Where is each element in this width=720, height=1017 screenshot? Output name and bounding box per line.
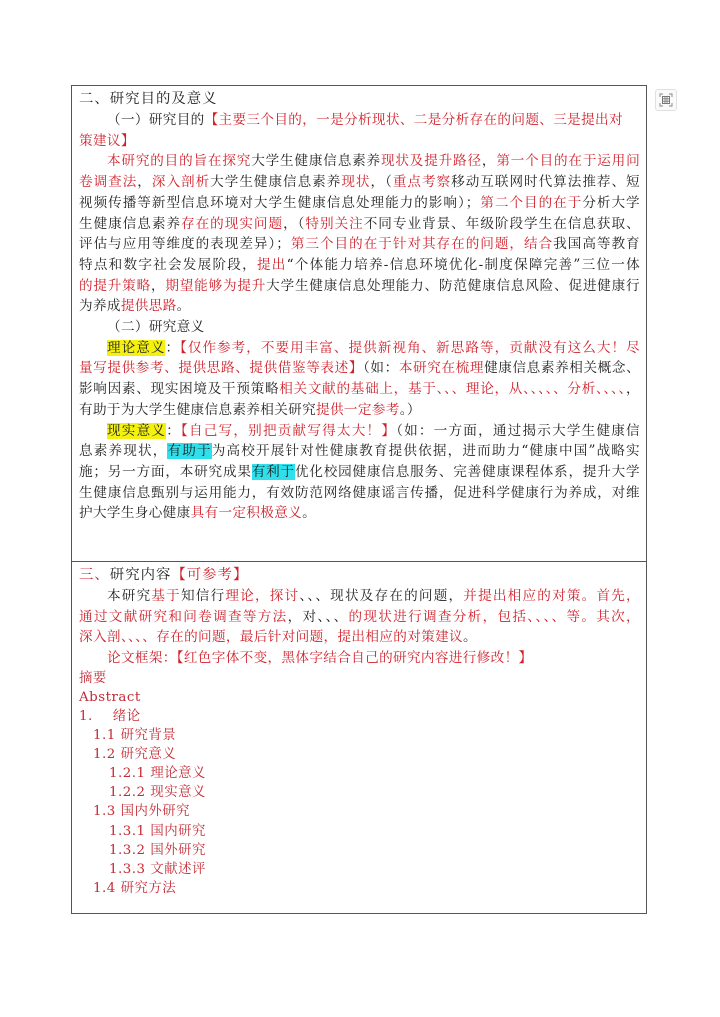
table-expand-icon — [659, 93, 673, 107]
outline-label: 现实意义 — [150, 785, 206, 800]
practice-line-3: 施；另一方面，本研究成果有利于优化校园健康信息服务、完善健康课程体系，提升大学 — [79, 462, 640, 483]
outline-label: 摘要 — [79, 671, 107, 686]
practice-line-5: 护大学生身心健康具有一定积极意义。 — [79, 503, 640, 524]
text-span: 息素养现状， — [79, 443, 167, 459]
text-span: 提供思路 — [121, 298, 177, 314]
framework-note: 【红色字体不变，黑体字结合自己的研究内容进行修改！】 — [177, 650, 533, 666]
text-span: （如： — [363, 360, 399, 376]
text-span: 第二个目的在于 — [480, 195, 583, 211]
paragraph-line: 通过文献研究和问卷调查等方法，对、、、的现状进行调查分析，包括、、、、等。其次， — [79, 607, 640, 628]
purpose-note-cont: 策建议】 — [79, 131, 640, 152]
paragraph-line: 有助于为大学生健康信息素养相关研究提供一定参考。） — [79, 400, 640, 421]
text-span: 本研究 — [107, 588, 151, 604]
paragraph-line: 理论意义：【仅作参考，不要用丰富、提供新视角、新思路等，贡献没有这么大！尽 — [79, 338, 640, 359]
outline-label: 国内研究 — [150, 824, 206, 839]
text-span: 知信行 — [181, 588, 225, 604]
outline-number: 1.2.2 — [109, 785, 146, 800]
section-heading: 三、研究内容【可参考】 — [79, 564, 640, 586]
outline-number: 1.3 — [93, 804, 116, 819]
paragraph-line: 量写提供参考、提供思路、提供借鉴等表述】（如：本研究在梳理健康信息素养相关概念、 — [79, 358, 640, 379]
outline-item: 1.3.1 国内研究 — [79, 822, 640, 841]
text-span: 现状 — [341, 174, 370, 190]
text-span: 具有一定积极意义 — [191, 505, 303, 521]
section-heading: 二、研究目的及意义 — [79, 88, 640, 110]
text-span: 。 — [463, 629, 477, 645]
section-purpose-significance: 二、研究目的及意义 （一）研究目的【主要三个目的，一是分析现状、二是分析存在的问… — [72, 86, 646, 561]
text-span: ，对、、、 — [288, 609, 349, 625]
text-span: 第一个目的在于运用问 — [496, 153, 640, 169]
text-span: ： — [166, 423, 181, 439]
practice-line-1: 现实意义：【自己写，别把贡献写得太大！】（如：一方面，通过揭示大学生健康信 — [79, 421, 640, 442]
text-span: 提出 — [257, 257, 287, 273]
text-span: 为养成 — [79, 298, 121, 314]
outline-number: 1.1 — [93, 728, 116, 743]
text-span: （如：一方面，通过揭示大学生健康信 — [396, 423, 640, 439]
text-span: 【仅作参考，不要用丰富、提供新视角、新思路等，贡献没有这么大！尽 — [180, 340, 640, 356]
text-span: 本研究在梳理 — [399, 360, 484, 376]
outline-number: 1.2 — [93, 747, 116, 762]
text-span: 的现状进行调查分析，包括、、、、等。其次， — [348, 609, 640, 625]
text-span: 存在的现实问题 — [181, 216, 283, 232]
outline-label: 绪论 — [113, 709, 141, 724]
text-span: 优化校园健康信息服务、完善健康课程体系，提升大学 — [295, 464, 640, 480]
text-span: 的提升策略 — [79, 278, 151, 294]
text-span: 护大学生身心健康 — [79, 505, 191, 521]
text-span: 期望能够为提升 — [165, 278, 266, 294]
outline-item: 摘要 — [79, 669, 640, 688]
text-span: 。） — [400, 402, 421, 418]
outline-label: 国内外研究 — [121, 804, 190, 819]
outline-label: 研究背景 — [121, 728, 177, 743]
purpose-note: 【主要三个目的，一是分析现状、二是分析存在的问题、三是提出对 — [205, 112, 623, 128]
text-span: 深入剖、、、、 — [79, 629, 156, 645]
framework-line: 论文框架：【红色字体不变，黑体字结合自己的研究内容进行修改！】 — [79, 648, 640, 669]
section-number: 三、 — [79, 567, 110, 583]
purpose-subheading-line: （一）研究目的【主要三个目的，一是分析现状、二是分析存在的问题、三是提出对 — [79, 110, 640, 131]
section-title: 研究内容 — [110, 567, 172, 583]
text-span: 特别关注 — [305, 216, 363, 232]
outline-item: 1.3 国内外研究 — [79, 802, 640, 821]
text-span: ， — [482, 153, 496, 169]
text-span: 深入剖析 — [152, 174, 210, 190]
text-span: 视频传播等新型信息环境对大学生健康信息处理能力的影响）； — [79, 195, 480, 211]
outline-number: 1.3.3 — [109, 862, 146, 877]
text-span: 。 — [177, 298, 191, 314]
text-span: 大学生健康信息处理能力、防范健康信息风险、促进健康行 — [266, 278, 640, 294]
text-span: 本研究的目的旨在探究 — [107, 153, 251, 169]
text-span: 【自己写，别把贡献写得太大！】 — [181, 423, 396, 439]
highlight-helpful: 有助于 — [167, 443, 211, 459]
text-span: 分析大学 — [582, 195, 640, 211]
paragraph-line: 为养成提供思路。 — [79, 296, 640, 317]
outline-label: Abstract — [79, 690, 141, 705]
text-span: 第三个目的在于针对其存在的问题，结合 — [290, 236, 553, 252]
outline-number: 1.3.1 — [109, 824, 146, 839]
outline-label: 国外研究 — [150, 843, 206, 858]
text-span: 有助于为大学生健康信息素养相关研究 — [79, 402, 316, 418]
text-span: 基于 — [151, 588, 181, 604]
practice-line-2: 息素养现状，有助于为高校开展针对性健康教育提供依据，进而助力“健康中国”战略实 — [79, 441, 640, 462]
text-span: 施；另一方面，本研究成果 — [79, 464, 252, 480]
text-span: “个体能力培养-信息环境优化-制度保障完善”三位一体 — [287, 257, 640, 273]
paragraph-line: 的提升策略，期望能够为提升大学生健康信息处理能力、防范健康信息风险、促进健康行 — [79, 276, 640, 297]
text-span: ， — [626, 381, 640, 397]
text-span: ， — [151, 278, 165, 294]
outline-item: 1.2.1 理论意义 — [79, 764, 640, 783]
highlight-beneficial: 有利于 — [252, 464, 295, 480]
text-span: 量写提供参考、提供思路、提供借鉴等表述】 — [79, 360, 363, 376]
theory-significance-label: 理论意义 — [107, 340, 165, 356]
text-span: 相关文献的基础上，基于、、、理论，从、、、、、分析、、、、 — [279, 381, 626, 397]
paragraph-line: 特点和数字社会发展阶段，提出“个体能力培养-信息环境优化-制度保障完善”三位一体 — [79, 255, 640, 276]
outline-number: 1.2.1 — [109, 766, 146, 781]
outline-label: 研究方法 — [121, 881, 177, 896]
practice-line-4: 生健康信息甄别与运用能力，有效防范网络健康谣言传播，促进科学健康行为养成，对维 — [79, 483, 640, 504]
paragraph-line: 生健康信息素养存在的现实问题，（特别关注不同专业背景、年级阶段学生在信息获取、 — [79, 214, 640, 235]
purpose-subheading: （一）研究目的 — [107, 112, 205, 128]
text-span: 理论，探讨 — [225, 588, 299, 604]
paragraph-line: 本研究的目的旨在探究大学生健康信息素养现状及提升路径，第一个目的在于运用问 — [79, 151, 640, 172]
outline-label: 研究意义 — [121, 747, 177, 762]
table-expand-button[interactable] — [655, 89, 677, 111]
theory-significance-paragraph: 理论意义：【仅作参考，不要用丰富、提供新视角、新思路等，贡献没有这么大！尽量写提… — [79, 338, 640, 421]
document-page: 二、研究目的及意义 （一）研究目的【主要三个目的，一是分析现状、二是分析存在的问… — [0, 0, 720, 1017]
text-span: 移动互联网时代算法推荐、短 — [451, 174, 640, 190]
text-span: 、、、现状及存在的问题， — [299, 588, 463, 604]
text-span: 存在的问题，最后针对问题，提出相应的对策建议 — [156, 629, 463, 645]
text-span: 健康信息素养相关概念、 — [484, 360, 640, 376]
framework-label: 论文框架： — [107, 650, 177, 666]
proposal-table: 二、研究目的及意义 （一）研究目的【主要三个目的，一是分析现状、二是分析存在的问… — [71, 85, 647, 914]
outline-item: 1.1 研究背景 — [79, 726, 640, 745]
text-span: 通过文献研究和问卷调查等方法 — [79, 609, 288, 625]
text-span: ，（ — [283, 216, 305, 232]
outline-number: 1. — [79, 709, 93, 724]
text-span: 重点考察 — [393, 174, 451, 190]
text-span: 现状及提升路径 — [381, 153, 482, 169]
paragraph-line: 影响因素、现实困境及干预策略相关文献的基础上，基于、、、理论，从、、、、、分析、… — [79, 379, 640, 400]
text-span: 影响因素、现实困境及干预策略 — [79, 381, 279, 397]
text-span: 提供一定参考 — [316, 402, 400, 418]
paragraph-line: 卷调查法，深入剖析大学生健康信息素养现状，（重点考察移动互联网时代算法推荐、短 — [79, 172, 640, 193]
text-span: 我国高等教育 — [553, 236, 640, 252]
outline-item: 1.2 研究意义 — [79, 745, 640, 764]
text-span: ， — [137, 174, 152, 190]
outline-number: 1.3.2 — [109, 843, 146, 858]
research-content-paragraph: 本研究基于知信行理论，探讨、、、现状及存在的问题，并提出相应的对策。首先，通过文… — [79, 586, 640, 648]
outline-item: 1.绪论 — [79, 707, 640, 726]
outline-label: 理论意义 — [150, 766, 206, 781]
text-span: 并提出相应的对策。首先， — [463, 588, 640, 604]
significance-subheading: （二）研究意义 — [79, 317, 640, 338]
text-span: 为高校开展针对性健康教育提供依据，进而助力“健康中国”战略实 — [212, 443, 640, 459]
section-research-content: 三、研究内容【可参考】 本研究基于知信行理论，探讨、、、现状及存在的问题，并提出… — [72, 561, 646, 913]
paragraph-line: 评估与应用等维度的表现差异）；第三个目的在于针对其存在的问题，结合我国高等教育 — [79, 234, 640, 255]
paragraph-line: 视频传播等新型信息环境对大学生健康信息处理能力的影响）；第二个目的在于分析大学 — [79, 193, 640, 214]
text-span: 大学生健康信息素养 — [251, 153, 381, 169]
thesis-outline: 摘要Abstract1.绪论1.1 研究背景1.2 研究意义1.2.1 理论意义… — [79, 669, 640, 898]
practice-significance-label: 现实意义 — [107, 423, 166, 439]
text-span: ，（ — [371, 174, 393, 190]
text-span: 特点和数字社会发展阶段， — [79, 257, 257, 273]
outline-number: 1.4 — [93, 881, 116, 896]
outline-item: 1.2.2 现实意义 — [79, 783, 640, 802]
text-span: 。 — [302, 505, 316, 521]
text-span: 生健康信息素养 — [79, 216, 181, 232]
outline-item: 1.4 研究方法 — [79, 879, 640, 898]
paragraph-line: 深入剖、、、、存在的问题，最后针对问题，提出相应的对策建议。 — [79, 627, 640, 648]
text-span: 评估与应用等维度的表现差异）； — [79, 236, 290, 252]
outline-item: 1.3.3 文献述评 — [79, 860, 640, 879]
text-span: ： — [165, 340, 180, 356]
outline-label: 文献述评 — [150, 862, 206, 877]
outline-item: Abstract — [79, 688, 640, 707]
purpose-paragraph: 本研究的目的旨在探究大学生健康信息素养现状及提升路径，第一个目的在于运用问卷调查… — [79, 151, 640, 317]
text-span: 卷调查法 — [79, 174, 137, 190]
paragraph-line: 本研究基于知信行理论，探讨、、、现状及存在的问题，并提出相应的对策。首先， — [79, 586, 640, 607]
text-span: 大学生健康信息素养 — [210, 174, 341, 190]
outline-item: 1.3.2 国外研究 — [79, 841, 640, 860]
text-span: 不同专业背景、年级阶段学生在信息获取、 — [364, 216, 640, 232]
section-note: 【可参考】 — [171, 567, 248, 583]
